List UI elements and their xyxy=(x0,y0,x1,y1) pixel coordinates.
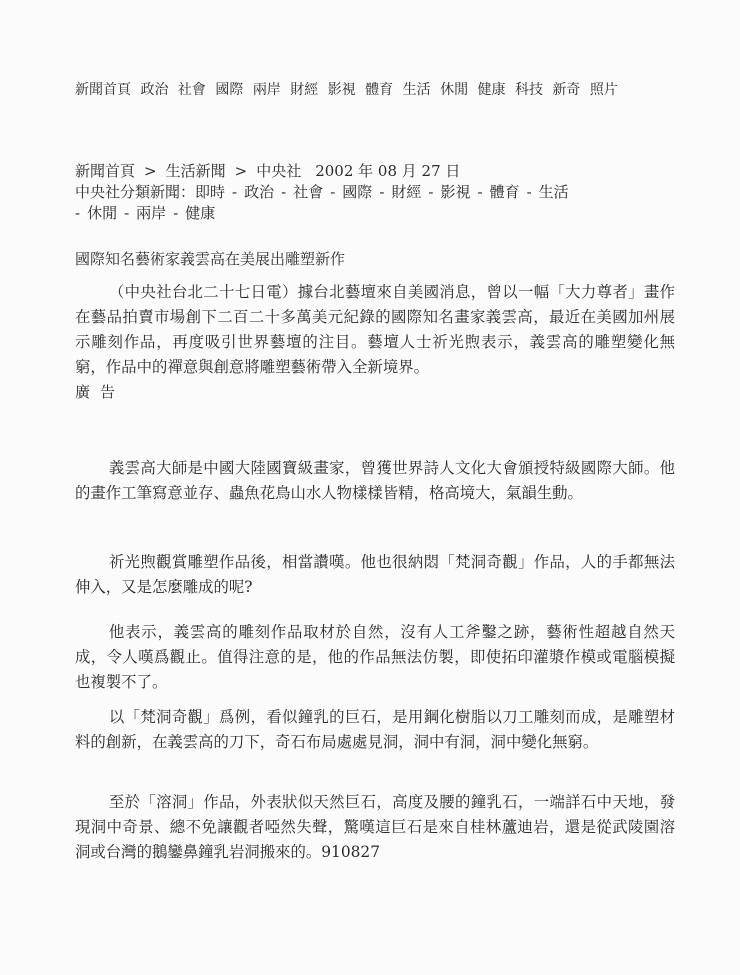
category-entertainment[interactable]: 影視 xyxy=(440,183,470,201)
publish-date: 2002 年 08 月 27 日 xyxy=(315,162,460,180)
category-separator: - xyxy=(478,183,483,201)
category-separator: - xyxy=(75,204,80,222)
advertisement-label: 廣告 xyxy=(75,381,125,402)
breadcrumb-separator: > xyxy=(144,162,157,180)
article-paragraph: 以「梵洞奇觀」爲例，看似鐘乳的巨石，是用鋼化樹脂以刀工雕刻而成，是雕塑材料的創新… xyxy=(75,705,675,755)
category-label: 中央社分類新聞： xyxy=(75,183,195,201)
nav-link-life[interactable]: 生活 xyxy=(403,82,431,98)
article-paragraph: 至於「溶洞」作品，外表狀似天然巨石，高度及腰的鐘乳石，一端詳石中天地，發現洞中奇… xyxy=(75,790,675,865)
nav-link-entertainment[interactable]: 影視 xyxy=(328,82,356,98)
nav-link-finance[interactable]: 財經 xyxy=(290,82,318,98)
nav-link-health[interactable]: 健康 xyxy=(478,82,506,98)
nav-link-international[interactable]: 國際 xyxy=(215,82,243,98)
category-society[interactable]: 社會 xyxy=(293,183,323,201)
category-separator: - xyxy=(428,183,433,201)
category-separator: - xyxy=(527,183,532,201)
breadcrumb-cna[interactable]: 中央社 xyxy=(256,162,301,180)
breadcrumb-block: 新聞首頁>生活新聞>中央社2002 年 08 月 27 日 中央社分類新聞：即時… xyxy=(75,161,675,224)
category-politics[interactable]: 政治 xyxy=(244,183,274,201)
top-navigation: 新聞首頁 政治 社會 國際 兩岸 財經 影視 體育 生活 休閒 健康 科技 新奇… xyxy=(75,79,623,99)
breadcrumb-home[interactable]: 新聞首頁 xyxy=(75,162,135,180)
category-links: 中央社分類新聞：即時-政治-社會-國際-財經-影視-體育-生活-休閒-兩岸-健康 xyxy=(75,182,675,224)
category-breaking[interactable]: 即時 xyxy=(195,183,225,201)
category-separator: - xyxy=(232,183,237,201)
category-separator: - xyxy=(330,183,335,201)
nav-link-leisure[interactable]: 休閒 xyxy=(440,82,468,98)
category-life[interactable]: 生活 xyxy=(539,183,569,201)
category-cross-strait[interactable]: 兩岸 xyxy=(136,204,166,222)
article-title: 國際知名藝術家義雲高在美展出雕塑新作 xyxy=(75,248,345,269)
nav-link-photos[interactable]: 照片 xyxy=(590,82,618,98)
nav-link-novelty[interactable]: 新奇 xyxy=(552,82,580,98)
nav-link-society[interactable]: 社會 xyxy=(178,82,206,98)
category-health[interactable]: 健康 xyxy=(185,204,215,222)
breadcrumb-life-news[interactable]: 生活新聞 xyxy=(166,162,226,180)
category-separator: - xyxy=(379,183,384,201)
category-leisure[interactable]: 休閒 xyxy=(87,204,117,222)
category-international[interactable]: 國際 xyxy=(342,183,372,201)
breadcrumb: 新聞首頁>生活新聞>中央社2002 年 08 月 27 日 xyxy=(75,161,675,182)
article-lead: （中央社台北二十七日電）據台北藝壇來自美國消息，曾以一幅「大力尊者」畫作在藝品拍… xyxy=(75,280,675,380)
category-separator: - xyxy=(281,183,286,201)
category-separator: - xyxy=(173,204,178,222)
category-finance[interactable]: 財經 xyxy=(391,183,421,201)
category-separator: - xyxy=(124,204,129,222)
nav-link-sports[interactable]: 體育 xyxy=(365,82,393,98)
category-sports[interactable]: 體育 xyxy=(490,183,520,201)
article-paragraph: 他表示，義雲高的雕刻作品取材於自然，沒有人工斧鑿之跡，藝術性超越自然天成，令人嘆… xyxy=(75,620,675,695)
article-paragraph: 祈光煦觀賞雕塑作品後，相當讚嘆。他也很納悶「梵洞奇觀」作品，人的手都無法伸入，又… xyxy=(75,550,675,600)
nav-link-tech[interactable]: 科技 xyxy=(515,82,543,98)
nav-link-politics[interactable]: 政治 xyxy=(140,82,168,98)
nav-link-home[interactable]: 新聞首頁 xyxy=(75,82,131,98)
breadcrumb-separator: > xyxy=(235,162,248,180)
article-paragraph: 義雲高大師是中國大陸國寶級畫家，曾獲世界詩人文化大會頒授特級國際大師。他的畫作工… xyxy=(75,456,675,506)
nav-link-cross-strait[interactable]: 兩岸 xyxy=(253,82,281,98)
